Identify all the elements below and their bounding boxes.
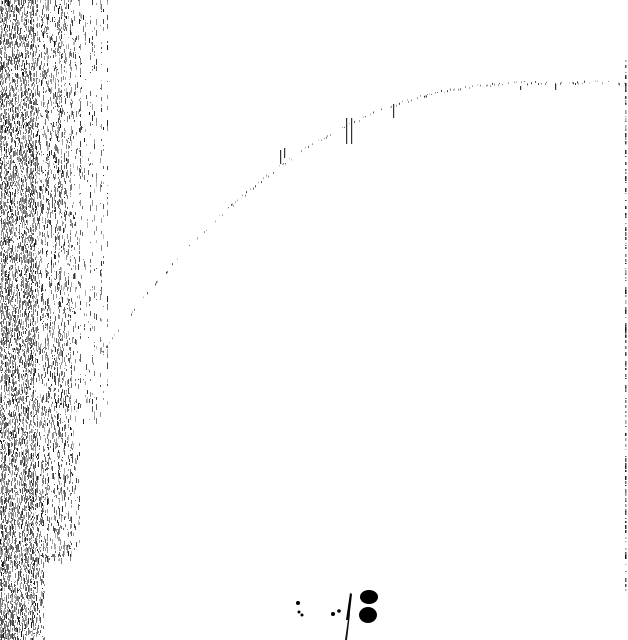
bottom-blob xyxy=(296,590,378,640)
left-vertical-noise-band xyxy=(0,0,108,640)
right-edge-dotted-line xyxy=(625,60,627,591)
scanned-image xyxy=(0,0,628,640)
faint-curve xyxy=(80,81,625,383)
